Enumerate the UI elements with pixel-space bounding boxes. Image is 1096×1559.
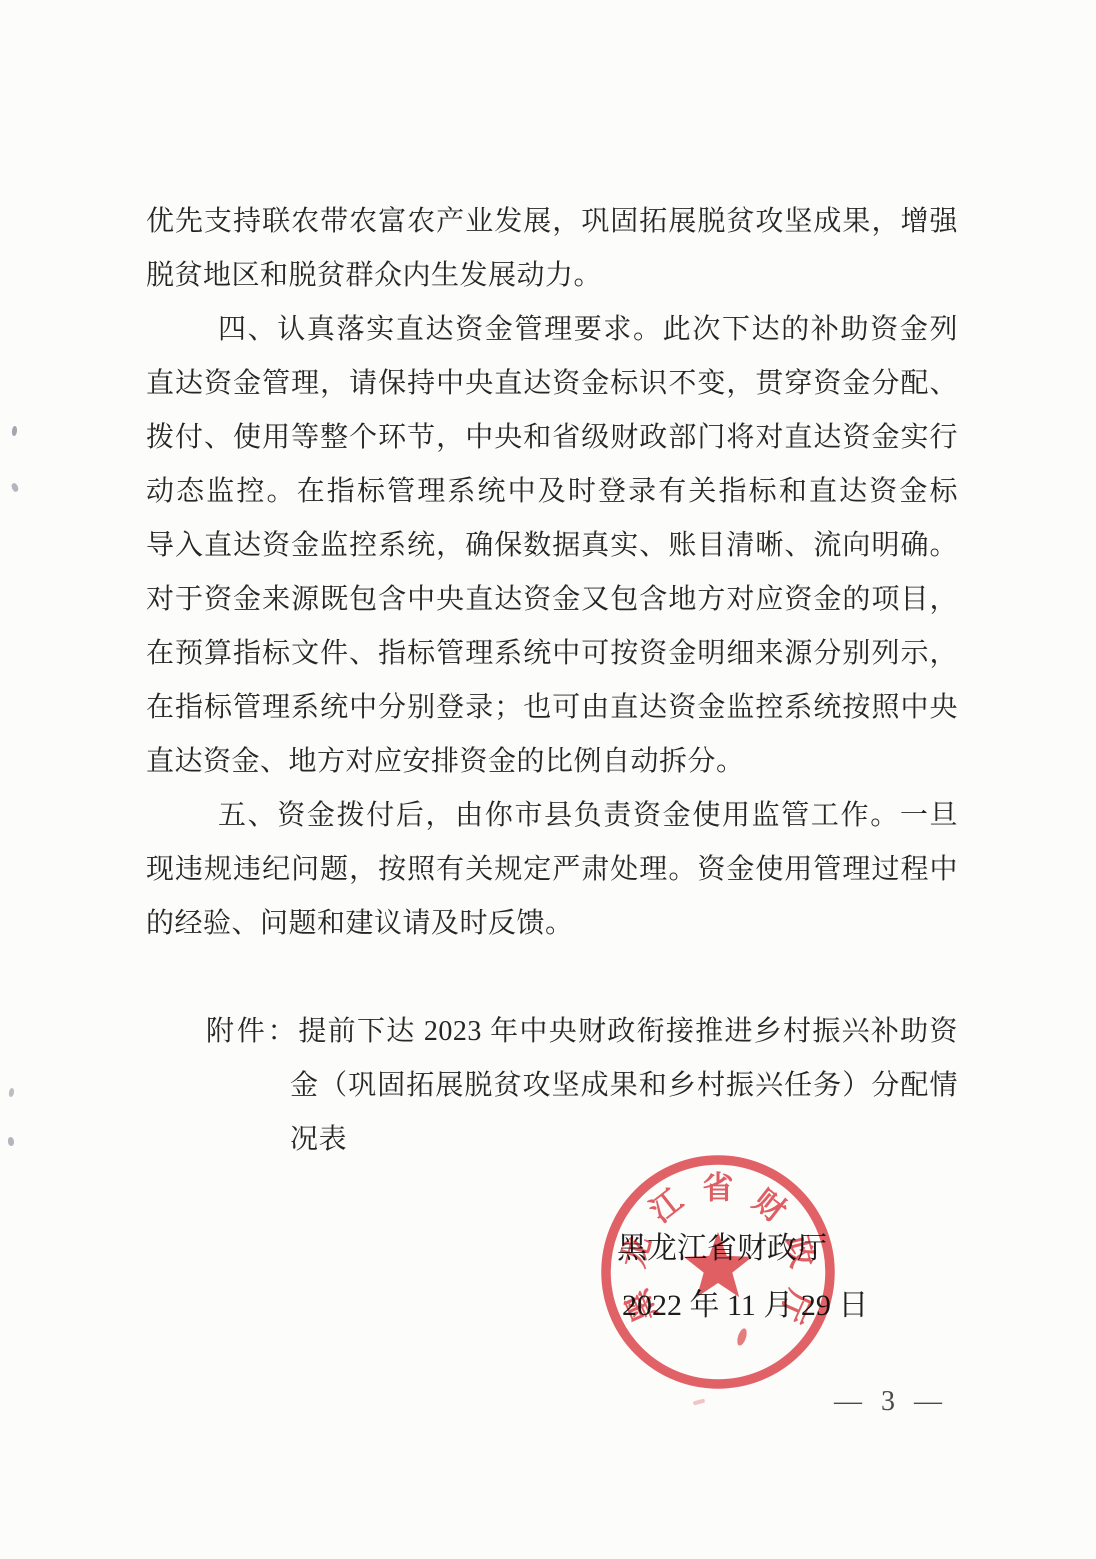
scan-speck — [693, 1399, 706, 1406]
official-seal-icon: 黑龙江省财政厅 — [595, 1149, 841, 1395]
scan-speck — [8, 1088, 15, 1098]
attachment-title-part-1: 提前下达 2023 年中央财政衔接推进乡村振兴补助资 — [298, 1016, 958, 1047]
seal-arc-char: 厅 — [772, 1285, 817, 1328]
seal-arc-char: 龙 — [616, 1232, 657, 1271]
text-line: 优先支持联农带农富农产业发展，巩固拓展脱贫攻坚成果，增强 — [146, 195, 958, 249]
seal-arc-char: 政 — [779, 1232, 820, 1271]
text-line: 五、资金拨付后，由你市县负责资金使用监管工作。一旦发 — [146, 789, 958, 843]
seal-ink-smudge — [735, 1327, 748, 1347]
scan-speck — [8, 1137, 15, 1147]
text-line: 脱贫地区和脱贫群众内生发展动力。 — [146, 249, 958, 303]
attachment-line: 附件：提前下达 2023 年中央财政衔接推进乡村振兴补助资 — [146, 1005, 958, 1059]
text-line: 拨付、使用等整个环节，中央和省级财政部门将对直达资金实行 — [146, 411, 958, 465]
seal-arc-char: 财 — [747, 1182, 793, 1229]
text-line: 现违规违纪问题，按照有关规定严肃处理。资金使用管理过程中 — [146, 843, 958, 897]
text-line: 四、认真落实直达资金管理要求。此次下达的补助资金列入 — [146, 303, 958, 357]
seal-arc-char: 江 — [643, 1182, 689, 1229]
seal-star-icon — [684, 1232, 752, 1297]
attachment-line: 金（巩固拓展脱贫攻坚成果和乡村振兴任务）分配情 — [146, 1059, 958, 1113]
text-line: 在指标管理系统中分别登录；也可由直达资金监控系统按照中央 — [146, 681, 958, 735]
scan-speck — [11, 482, 20, 493]
text-line: 的经验、问题和建议请及时反馈。 — [146, 897, 958, 951]
scan-speck — [11, 426, 17, 437]
page-number: — 3 — — [834, 1386, 948, 1418]
document-page: 优先支持联农带农富农产业发展，巩固拓展脱贫攻坚成果，增强脱贫地区和脱贫群众内生发… — [0, 0, 1096, 1559]
text-line: 在预算指标文件、指标管理系统中可按资金明细来源分别列示， — [146, 627, 958, 681]
attachment-label: 附件： — [206, 1016, 298, 1047]
text-line: 直达资金管理，请保持中央直达资金标识不变，贯穿资金分配、 — [146, 357, 958, 411]
seal-arc-char: 省 — [703, 1171, 734, 1206]
text-line: 直达资金、地方对应安排资金的比例自动拆分。 — [146, 735, 958, 789]
body-text: 优先支持联农带农富农产业发展，巩固拓展脱贫攻坚成果，增强脱贫地区和脱贫群众内生发… — [146, 195, 958, 951]
text-line: 动态监控。在指标管理系统中及时登录有关指标和直达资金标识， — [146, 465, 958, 519]
text-line: 导入直达资金监控系统，确保数据真实、账目清晰、流向明确。 — [146, 519, 958, 573]
attachment-block: 附件：提前下达 2023 年中央财政衔接推进乡村振兴补助资 金（巩固拓展脱贫攻坚… — [146, 1005, 958, 1167]
seal-arc-char: 黑 — [619, 1284, 664, 1327]
text-line: 对于资金来源既包含中央直达资金又包含地方对应资金的项目， — [146, 573, 958, 627]
